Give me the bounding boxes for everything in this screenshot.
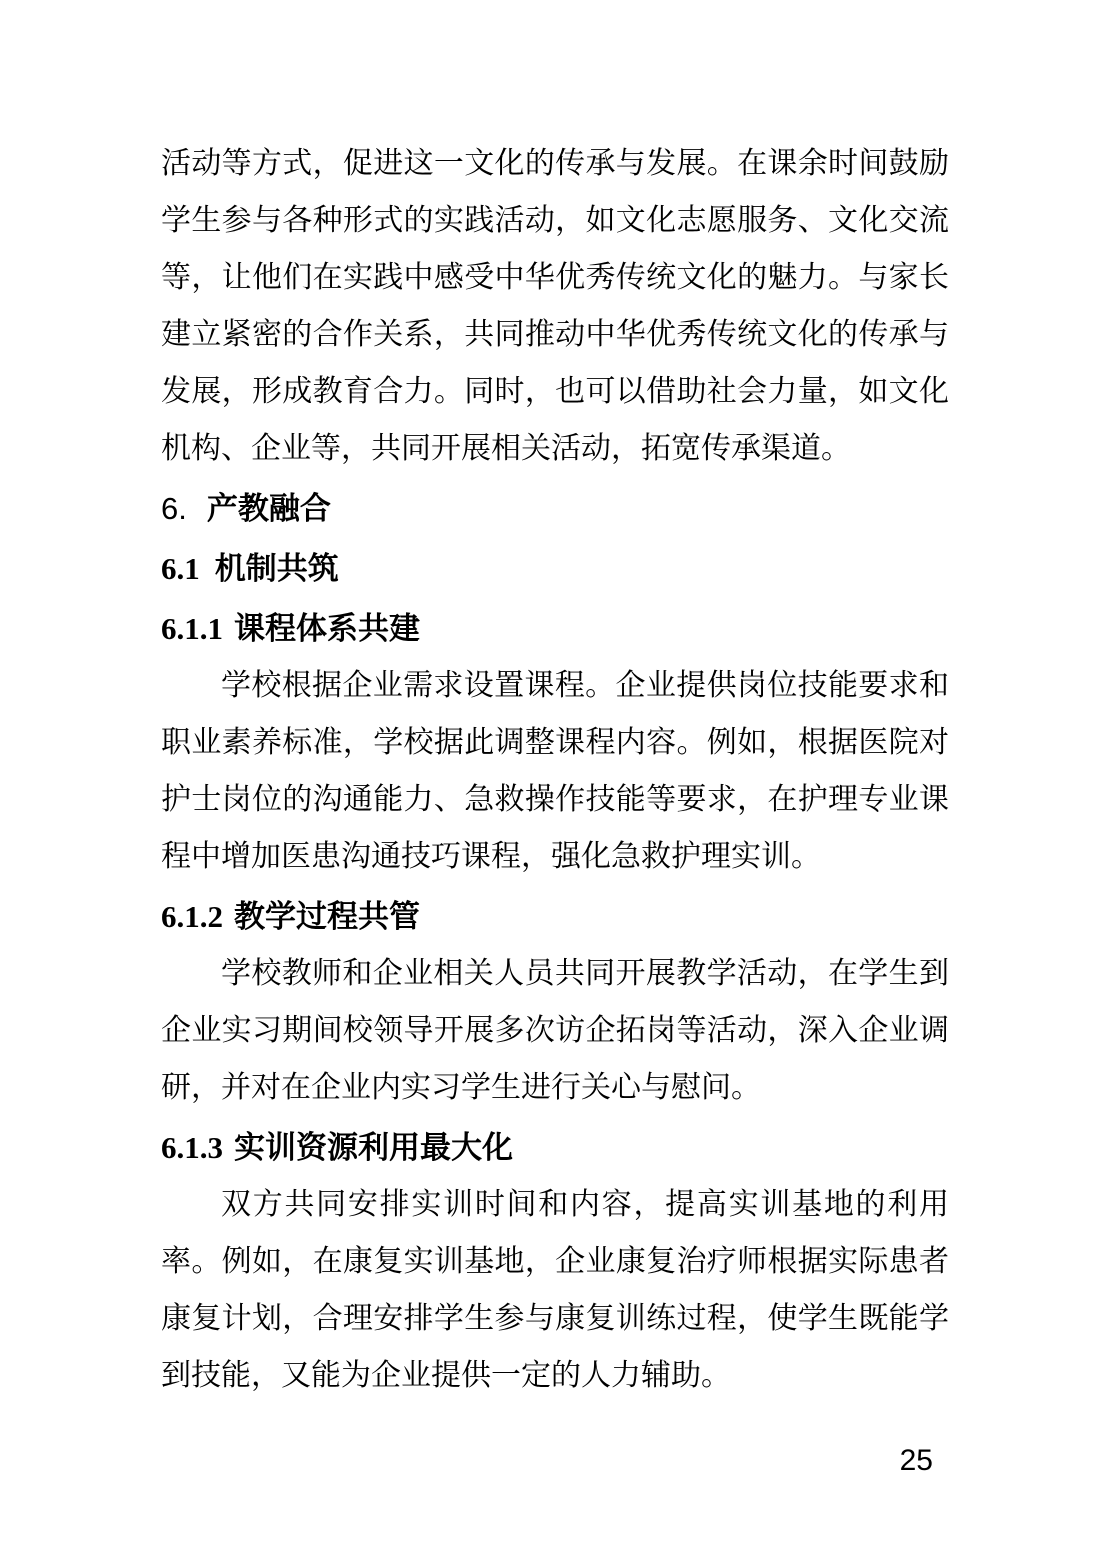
document-page: 活动等方式，促进这一文化的传承与发展。在课余时间鼓励学生参与各种形式的实践活动，… (0, 0, 1102, 1559)
heading-6-number: 6. (161, 491, 187, 526)
heading-6-1-number: 6.1 (161, 551, 200, 586)
section-6-1-3-paragraph: 双方共同安排实训时间和内容，提高实训基地的利用率。例如，在康复实训基地，企业康复… (161, 1176, 949, 1404)
heading-6: 6.产教融合 (161, 480, 949, 537)
section-6-1-1: 6.1.1课程体系共建 学校根据企业需求设置课程。企业提供岗位技能要求和职业素养… (161, 600, 949, 885)
heading-6-1-1-number: 6.1.1 (161, 611, 223, 646)
section-6-1-2-paragraph: 学校教师和企业相关人员共同开展教学活动，在学生到企业实习期间校领导开展多次访企拓… (161, 945, 949, 1116)
document-content: 活动等方式，促进这一文化的传承与发展。在课余时间鼓励学生参与各种形式的实践活动，… (161, 135, 949, 1404)
heading-6-1-2-number: 6.1.2 (161, 899, 223, 934)
heading-6-1-3: 6.1.3实训资源利用最大化 (161, 1119, 949, 1176)
heading-6-1-3-number: 6.1.3 (161, 1130, 223, 1165)
section-6-1-3: 6.1.3实训资源利用最大化 双方共同安排实训时间和内容，提高实训基地的利用率。… (161, 1119, 949, 1404)
heading-6-title: 产教融合 (207, 491, 331, 526)
heading-6-1-1-title: 课程体系共建 (234, 611, 420, 646)
page-number: 25 (900, 1446, 933, 1476)
heading-6-1: 6.1机制共筑 (161, 540, 949, 597)
section-6-1-2: 6.1.2教学过程共管 学校教师和企业相关人员共同开展教学活动，在学生到企业实习… (161, 888, 949, 1116)
section-6-1-1-paragraph: 学校根据企业需求设置课程。企业提供岗位技能要求和职业素养标准，学校据此调整课程内… (161, 657, 949, 885)
heading-6-1-2: 6.1.2教学过程共管 (161, 888, 949, 945)
heading-6-1-2-title: 教学过程共管 (234, 899, 420, 934)
intro-paragraph: 活动等方式，促进这一文化的传承与发展。在课余时间鼓励学生参与各种形式的实践活动，… (161, 135, 949, 477)
heading-6-1-1: 6.1.1课程体系共建 (161, 600, 949, 657)
heading-6-1-title: 机制共筑 (215, 551, 339, 586)
heading-6-1-3-title: 实训资源利用最大化 (234, 1130, 513, 1165)
